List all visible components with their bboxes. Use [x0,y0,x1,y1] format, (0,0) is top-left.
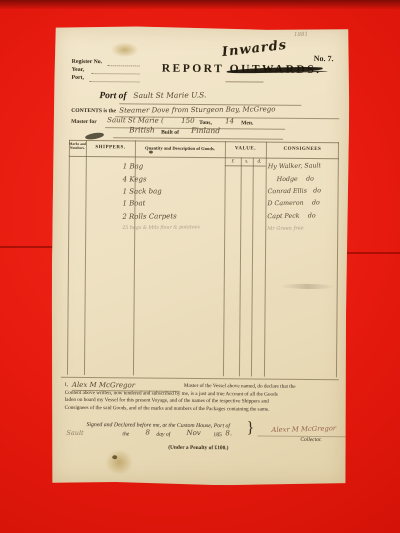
declaration-paragraph: I, Alex M McGregor Master of the Vessel … [65,381,341,415]
subheader-pounds: £ [225,159,241,164]
column-header-shippers: SHIPPERS. [86,145,135,150]
goods-row-1: 1 Bag [123,162,144,170]
paper-stain-top [111,42,139,57]
collector-signature: Alexr M McGregor [271,424,349,434]
table-top-border [69,140,339,143]
col-line-value-right [264,142,267,377]
column-header-goods: Quantity and Description of Goods. [135,145,225,151]
i-label: I, [65,382,68,390]
col-line-goods [223,141,226,376]
built-underline [113,137,283,139]
paper-stain-dot [112,455,117,459]
tons-value: 150 [181,117,194,125]
subheader-shillings: s. [241,159,253,164]
column-header-marks: Marks and Numbers. [69,142,86,150]
day-value: 8 [145,429,150,437]
port-label: Port, [72,75,84,81]
table-header-divider [69,156,339,159]
port-of-label: Port of [99,91,126,101]
consignee-row-3: Conrad Ellis do [268,187,322,195]
master-name-handwritten: Alex M McGregor [72,382,180,392]
inwards-scribble: Inwards [221,38,288,60]
year-suffix-value: 8. [225,429,232,437]
port-of-value: Sault St Marie U.S. [133,90,206,100]
column-header-consignees: CONSIGNEES [266,147,339,153]
goods-row-6-faint: 25 bags & bbls flour & potatoes [122,225,200,231]
built-value: Finland [191,126,220,135]
cargo-table: Marks and Numbers. SHIPPERS. Quantity an… [67,140,339,377]
pencil-date-note: 1881 [294,32,308,38]
register-no-line [108,64,140,66]
form-number: No. 7. [314,54,334,63]
subheader-pence: d. [253,159,266,164]
the-label: the [122,431,129,437]
backdrop-seam-left [0,246,54,248]
goods-row-5: 2 Rolls Carpets [122,212,176,220]
consignee-row-6-faint: Mr Green free [267,225,303,232]
collector-label: Collector. [300,437,322,443]
table-border-left [67,140,70,375]
year-printed: 185 [213,432,221,438]
goods-row-4: 1 Boat [122,199,145,207]
consignee-row-1: Hy Walker, Sault [268,162,321,170]
nation-value: British [129,125,155,134]
brace-glyph: } [246,419,254,437]
contents-label: CONTENTS is the [71,108,116,114]
col-line-pounds [239,157,242,376]
register-no-label: Register No. [72,59,103,65]
declaration-line-4: Consignees of the said Goods, and of the… [65,405,341,415]
paper-stain-bottom [105,449,133,475]
year-line [92,72,140,74]
built-of-label: Built of [161,130,179,136]
title-report: REPORT [162,63,225,76]
year-label: Year, [72,67,85,73]
men-value: 14 [225,117,234,125]
backdrop-seam-right [345,252,400,254]
day-of-label: day of [156,432,170,438]
contents-value: Steamer Dove from Sturgeon Bay, McGrego [119,105,275,114]
declaration-top-rule [61,377,339,380]
title-underline [226,81,264,82]
penalty-notice: (Under a Penalty of £100.) [123,444,273,451]
table-border-right [336,142,339,377]
col-line-marks [84,140,87,375]
photo-backdrop: 1881 Inwards No. 7. REPORT OUTWARDS. Reg… [0,0,400,533]
consignee-row-5: Capt Peck do [267,212,315,220]
document-paper: 1881 Inwards No. 7. REPORT OUTWARDS. Reg… [50,26,350,487]
value-subheader-divider [225,165,266,166]
master-label: Master for [71,119,97,125]
consignee-row-4: D Cameron do [267,199,319,207]
consignee-row-2: Hodge do [277,176,314,184]
month-value: Nov [186,429,200,437]
attestation-place-value: Sault [66,429,83,437]
title-outwards-struck: OUTWARDS. [230,63,322,76]
signed-declared-line: Signed and Declared before me, at the Cu… [86,422,230,429]
backdrop-top-shadow [0,0,400,9]
master-value: Sault St Marie ( [107,116,164,124]
col-line-shillings [251,157,254,376]
column-header-value: VALUE. [225,146,266,151]
page-title: REPORT OUTWARDS. [157,63,327,76]
goods-row-2: 4 Kegs [123,175,147,183]
goods-row-3: 1 Sack bag [123,187,162,195]
port-line [90,80,140,82]
men-label: Men. [241,120,253,126]
